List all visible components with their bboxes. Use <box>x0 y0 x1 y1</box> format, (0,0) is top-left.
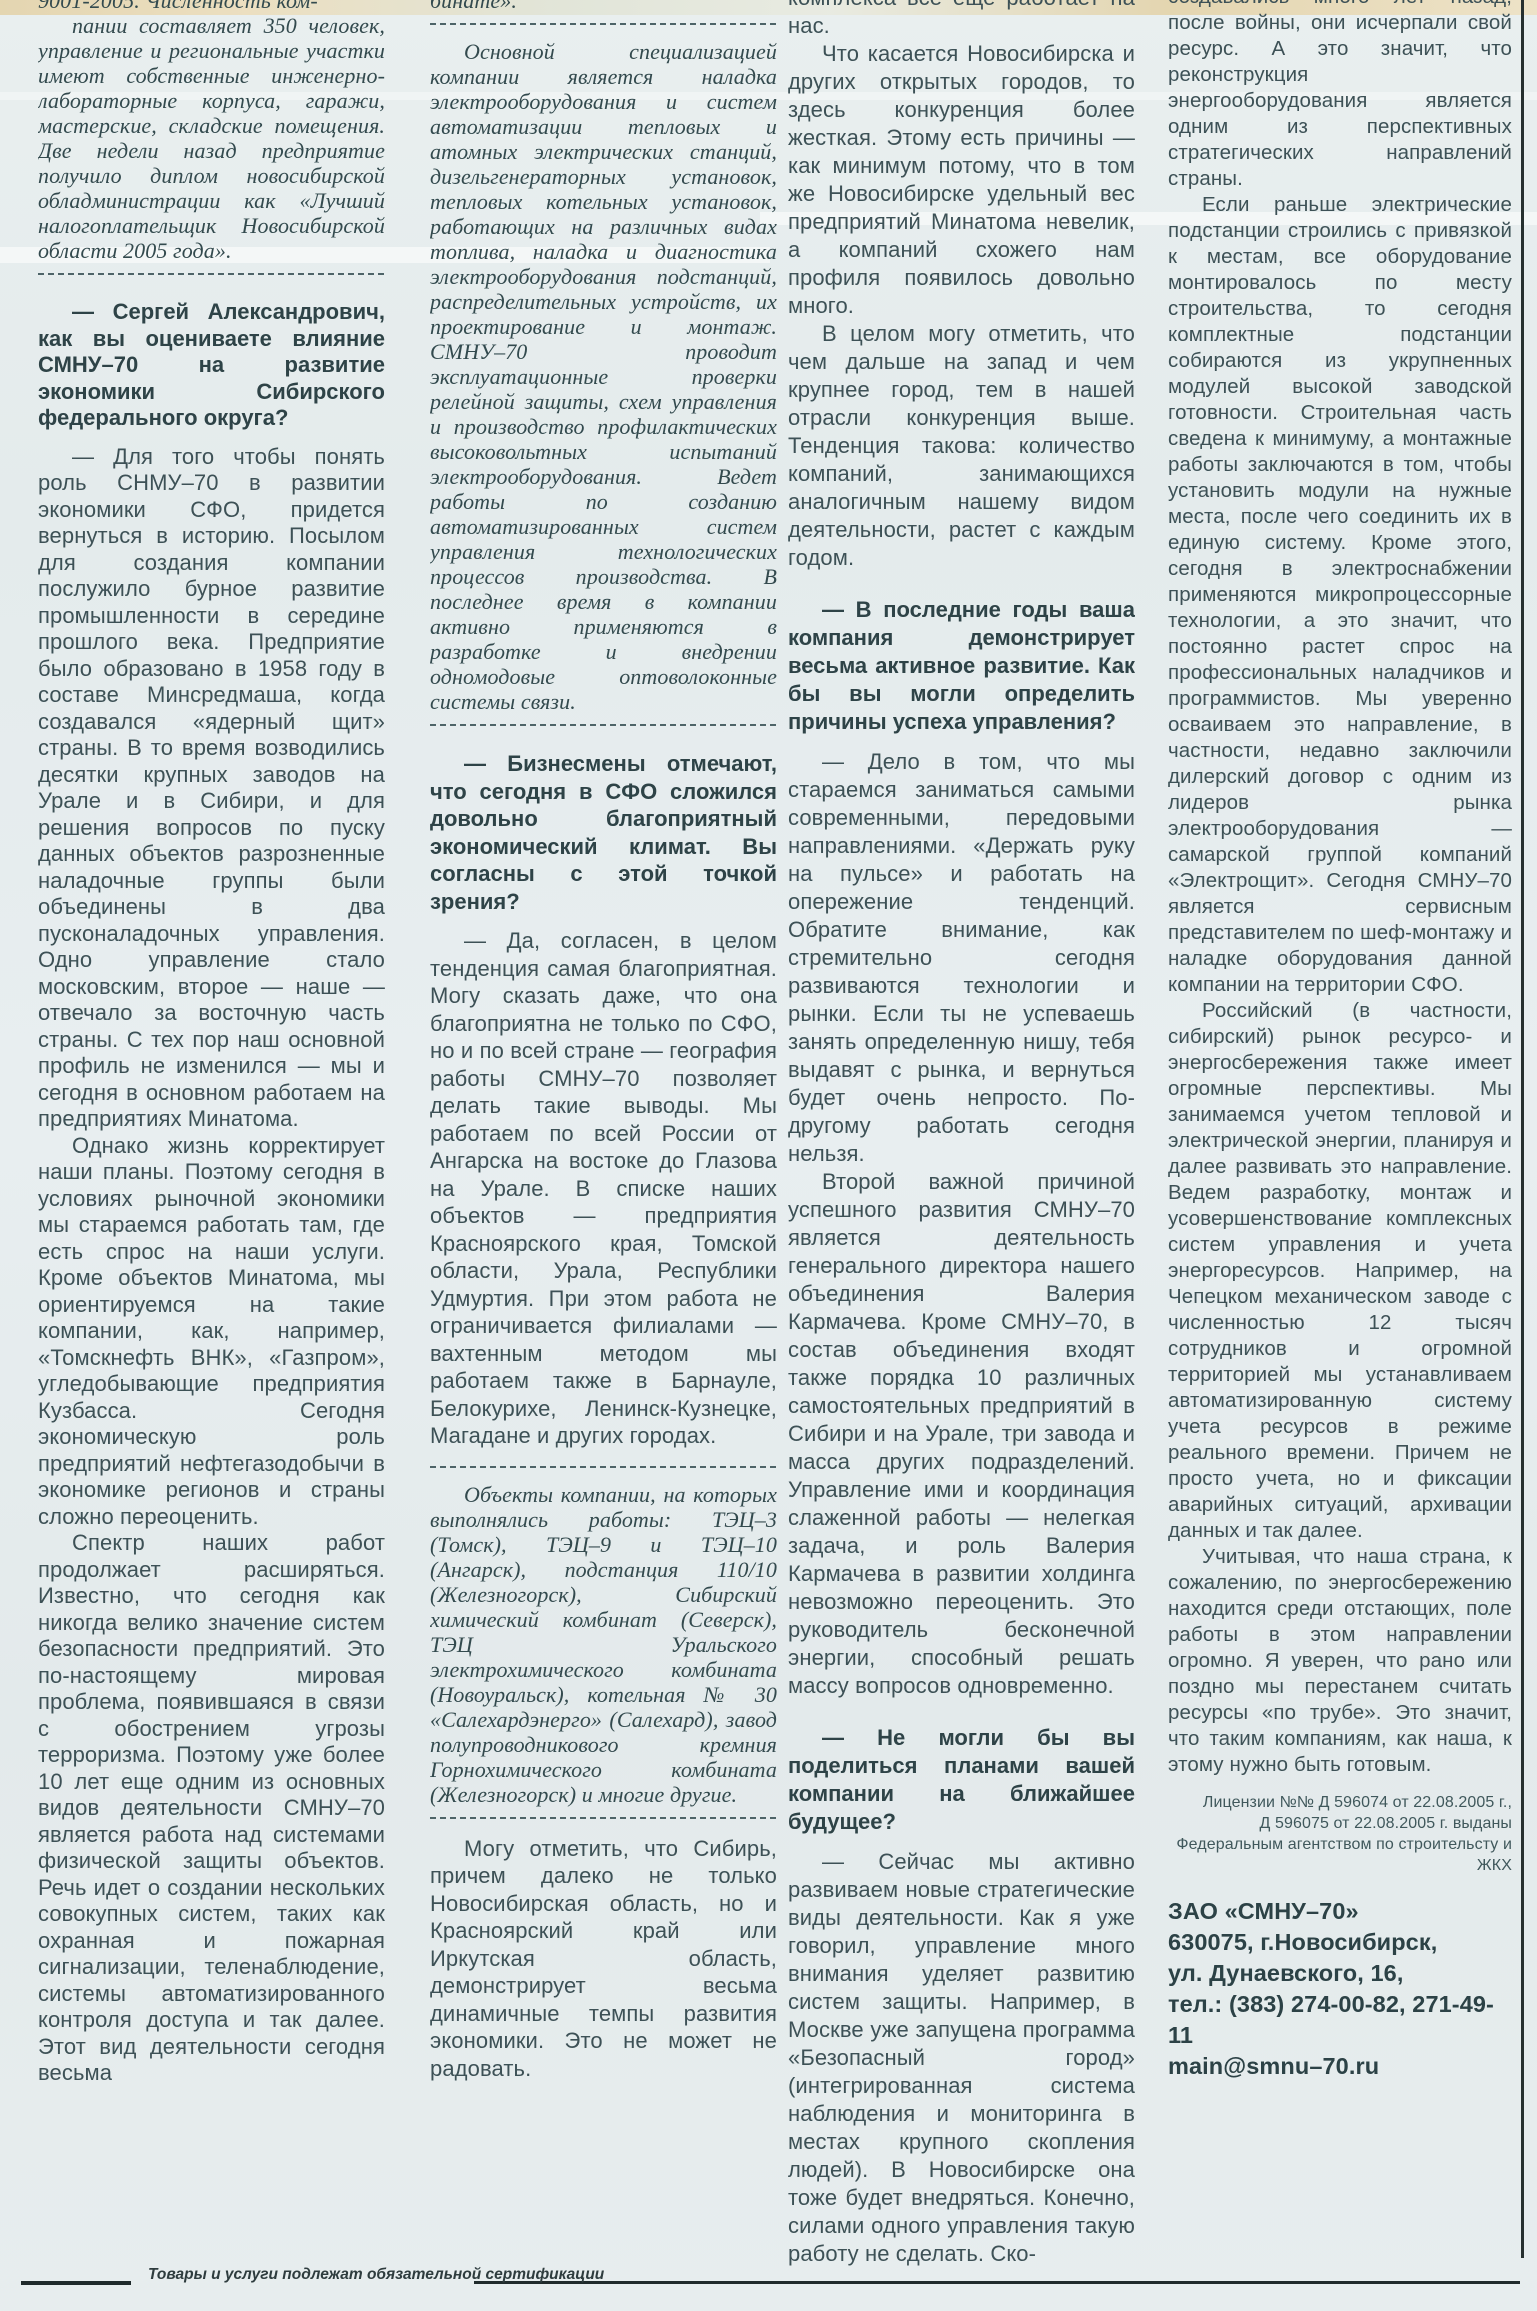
company-name: ЗАО «СМНУ–70» <box>1168 1896 1512 1927</box>
postal-line: 630075, г.Новосибирск, <box>1168 1927 1512 1958</box>
certification-notice: Товары и услуги подлежат обязательной се… <box>148 2266 604 2284</box>
license-note: Лицензии №№ Д 596074 от 22.08.2005 г., Д… <box>1168 1792 1512 1876</box>
paragraph: Могу отметить, что Сибирь, причем далеко… <box>430 1835 777 2083</box>
dashed-divider <box>38 273 385 275</box>
interview-question: — В последние годы ваша компания демонст… <box>788 596 1135 736</box>
license-line: Д 596075 от 22.08.2005 г. выданы <box>1168 1813 1512 1834</box>
scanned-newspaper-page: 9001-2005. Численность ком- пании состав… <box>0 0 1537 2311</box>
interview-question: — Не могли бы вы поделиться планами ваше… <box>788 1724 1135 1836</box>
article-column-4: создавались много лет назад, после войны… <box>1168 0 1512 2311</box>
cropped-line: 9001-2005. Численность ком- <box>38 0 385 13</box>
footer-rule-right <box>474 2281 1520 2284</box>
interview-question: — Сергей Александрович, как вы оценивает… <box>38 299 385 432</box>
page-border-rule <box>1521 0 1524 2258</box>
paragraph: Учитывая, что наша страна, к сожалению, … <box>1168 1544 1512 1778</box>
paragraph: Что касается Новосибирска и других откры… <box>788 40 1135 320</box>
article-column-3: комплекса все еще работает на нас. Что к… <box>788 0 1135 2311</box>
interview-question: — Бизнесмены отмечают, что сегодня в СФО… <box>430 750 777 915</box>
paragraph: — Для того чтобы понять роль СНМУ–70 в р… <box>38 444 385 1133</box>
paragraph: — Да, согласен, в целом тенденция самая … <box>430 927 777 1450</box>
article-lead-italic: пании составляет 350 человек, управление… <box>38 13 385 263</box>
paragraph: Если раньше электрические подстанции стр… <box>1168 192 1512 998</box>
paragraph: Российский (в частности, сибирский) рыно… <box>1168 998 1512 1544</box>
license-line: Федеральным агентством по строительсту и… <box>1168 1834 1512 1876</box>
footer-rule-left <box>21 2281 131 2285</box>
paragraph: Спектр наших работ продолжает расширятьс… <box>38 1530 385 2087</box>
intro-italic-cropped: 9001-2005. Численность ком- <box>38 0 385 13</box>
company-address: ЗАО «СМНУ–70» 630075, г.Новосибирск, ул.… <box>1168 1896 1512 2082</box>
paragraph-cropped: создавались много лет назад, после войны… <box>1168 0 1512 192</box>
paragraph: Второй важной причиной успешного развити… <box>788 1168 1135 1700</box>
article-column-1: 9001-2005. Численность ком- пании состав… <box>38 0 385 2311</box>
paragraph: Однако жизнь корректирует наши планы. По… <box>38 1133 385 1531</box>
license-line: Лицензии №№ Д 596074 от 22.08.2005 г., <box>1168 1792 1512 1813</box>
paragraph: — Дело в том, что мы стараемся заниматьс… <box>788 748 1135 1168</box>
paragraph-cropped: комплекса все еще работает на нас. <box>788 0 1135 40</box>
email-line: main@smnu–70.ru <box>1168 2051 1512 2082</box>
dashed-divider <box>430 23 777 25</box>
dashed-divider <box>430 1817 777 1819</box>
dashed-divider <box>430 1466 777 1468</box>
phone-line: тел.: (383) 274-00-82, 271-49-11 <box>1168 1989 1512 2051</box>
cropped-line: бинате». <box>430 0 777 13</box>
specialization-italic: Основной специализацией компании являетс… <box>430 39 777 714</box>
objects-italic: Объекты компании, на которых выполнялись… <box>430 1482 777 1807</box>
italic-cropped: бинате». <box>430 0 777 13</box>
paragraph: — Сейчас мы активно развиваем новые стра… <box>788 1848 1135 2268</box>
street-line: ул. Дунаевского, 16, <box>1168 1958 1512 1989</box>
article-column-2: бинате». Основной специализацией компани… <box>430 0 777 2311</box>
dashed-divider <box>430 724 777 726</box>
paragraph: В целом могу отметить, что чем дальше на… <box>788 320 1135 572</box>
